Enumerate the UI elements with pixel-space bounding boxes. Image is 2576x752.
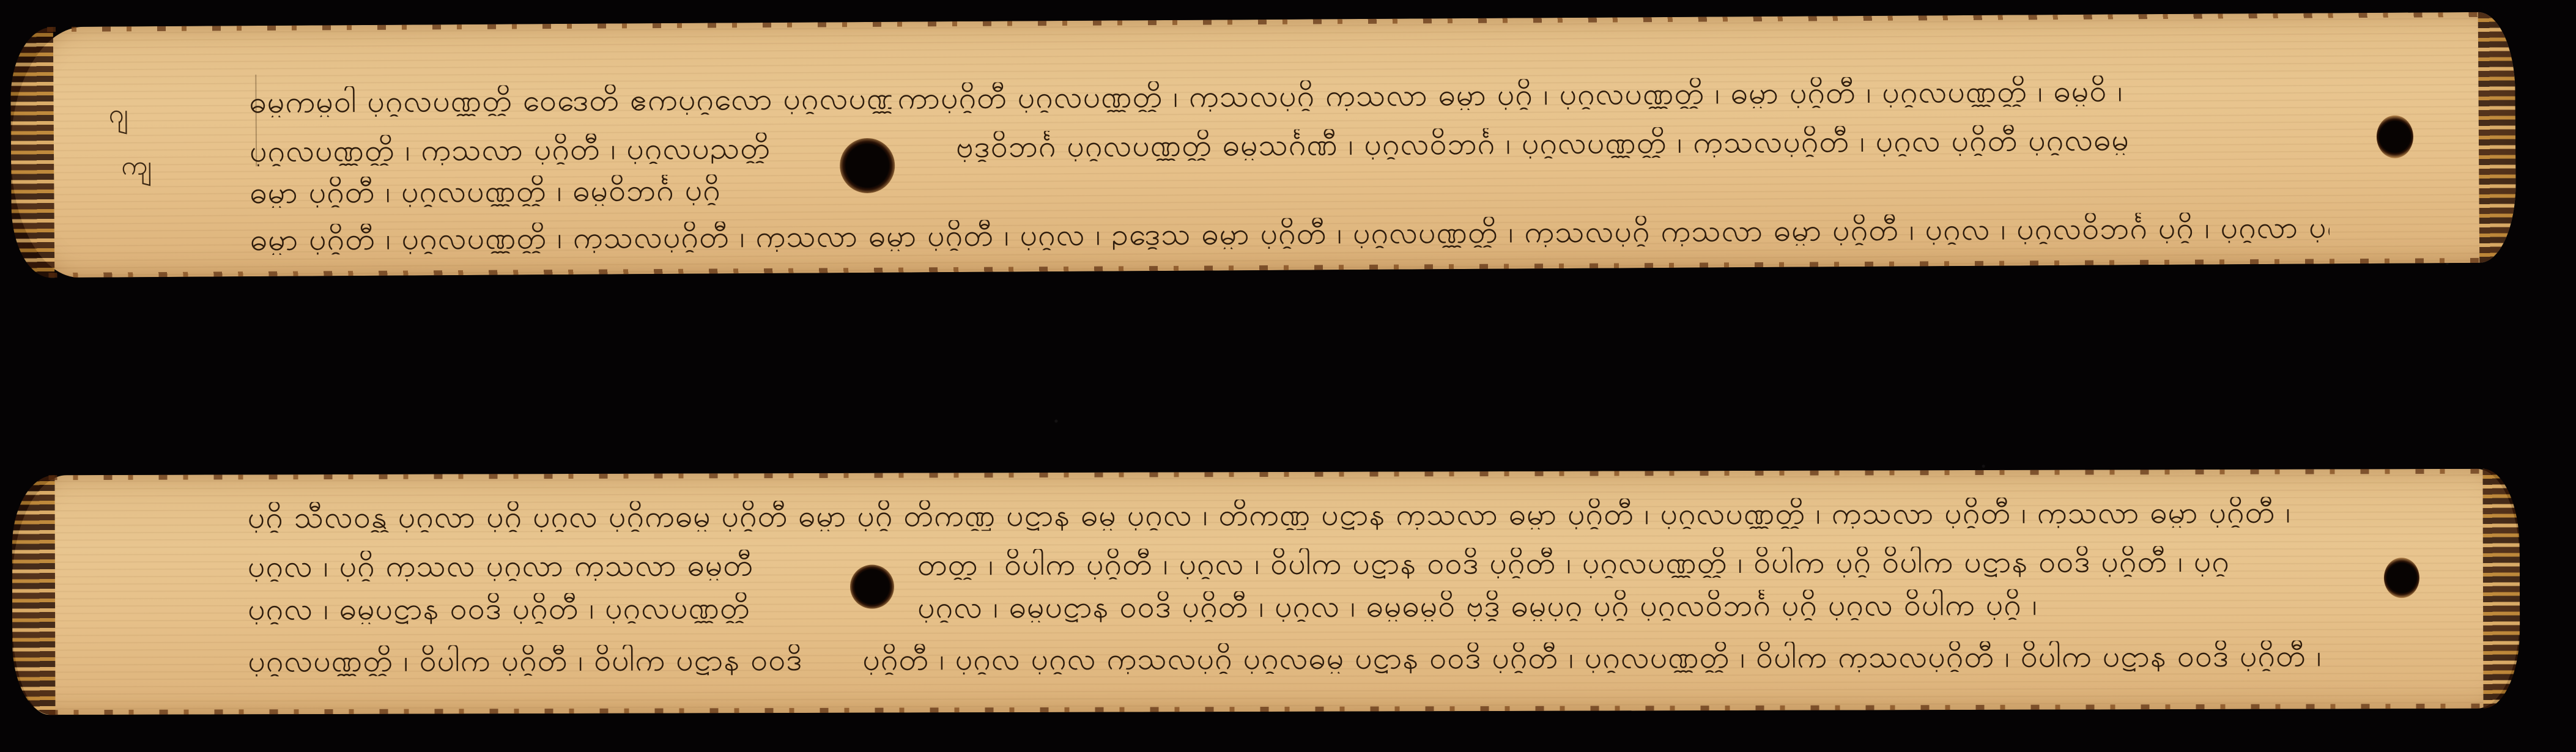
palm-leaf-folio-1: ဂျ ကျ ဓမ္မကမ္မဝါ ပုဂ္ဂလပဏ္ဏတ္တိ ဝေဒေတိ ဧ… [10,12,2516,278]
manuscript-line: ပုဂ္ဂလပဏ္ဏတ္တိ ၊ ကုသလာ ပုဂ္ဂိတီ ၊ ပုဂ္ဂလ… [250,133,769,166]
manuscript-line: ပုဂ္ဂိ သီလဝန္တ ပုဂ္ဂလာ ပုဂ္ဂိ ပုဂ္ဂလ ပုဂ… [248,496,2339,533]
manuscript-line: ဓမ္မာ ပုဂ္ဂိတီ ၊ ပုဂ္ဂလပဏ္ဏတ္တိ ၊ ဓမ္မဝိ… [250,174,769,208]
burnt-left-edge [12,475,55,715]
string-hole-right [2384,558,2419,598]
manuscript-line: ဓမ္မာ ပုဂ္ဂိတီ ၊ ပုဂ္ဂလပဏ္ဏတ္တိ ၊ ကုသလပု… [250,212,2330,255]
string-hole-right [2377,116,2413,158]
folio-margin-mark-1: ဂျ [108,97,128,136]
palm-leaf-folio-2: ပုဂ္ဂိ သီလဝန္တ ပုဂ္ဂလာ ပုဂ္ဂိ ပုဂ္ဂလ ပုဂ… [12,469,2520,715]
manuscript-line: ပုဂ္ဂလ ၊ ဓမ္မပဋ္ဌာန ၀၀ဒိ ပုဂ္ဂိတီ ၊ ပုဂ္… [248,592,755,624]
manuscript-line: ကာပုဂ္ဂိတီ ပုဂ္ဂလပဏ္ဏတ္တိ ၊ ကုသလပုဂ္ဂိ က… [897,74,2328,113]
manuscript-line: ပုဂ္ဂလပဏ္ဏတ္တိ ၊ ဝိပါက ပုဂ္ဂိတီ ၊ ဝိပါက … [248,644,859,677]
manuscript-line: ပုဂ္ဂလ ၊ ဓမ္မပဋ္ဌာန ၀၀ဒိ ပုဂ္ဂိတီ ၊ ပုဂ္… [917,588,2342,622]
manuscript-line: တတ္ထ ၊ ဝိပါက ပုဂ္ဂိတီ ၊ ပုဂ္ဂလ ၊ ဝိပါက ပ… [917,545,2342,580]
manuscript-line: ဗုဒ္ဓဝိဘင်္ဂ ပုဂ္ဂလပဏ္ဏတ္တိ ဓမ္မသင်္ဂဏီ … [956,123,2308,162]
string-hole-left [850,565,894,609]
manuscript-line: ဓမ္မကမ္မဝါ ပုဂ္ဂလပဏ္ဏတ္တိ ဝေဒေတိ ဧကပုဂ္ဂ… [249,83,891,117]
string-hole-left [840,138,895,194]
manuscript-line: ပုဂ္ဂလ ၊ ပုဂ္ဂိ ကုသလ ပုဂ္ဂလာ ကုသလာ ဓမ္မတ… [248,550,755,581]
burnt-left-edge [10,27,55,278]
folio-margin-mark-2: ကျ [121,149,152,188]
manuscript-line: ပုဂ္ဂိတီ ၊ ပုဂ္ဂလ ပုဂ္ဂလ ကုသလပုဂ္ဂိ ပုဂ္… [862,640,2330,674]
